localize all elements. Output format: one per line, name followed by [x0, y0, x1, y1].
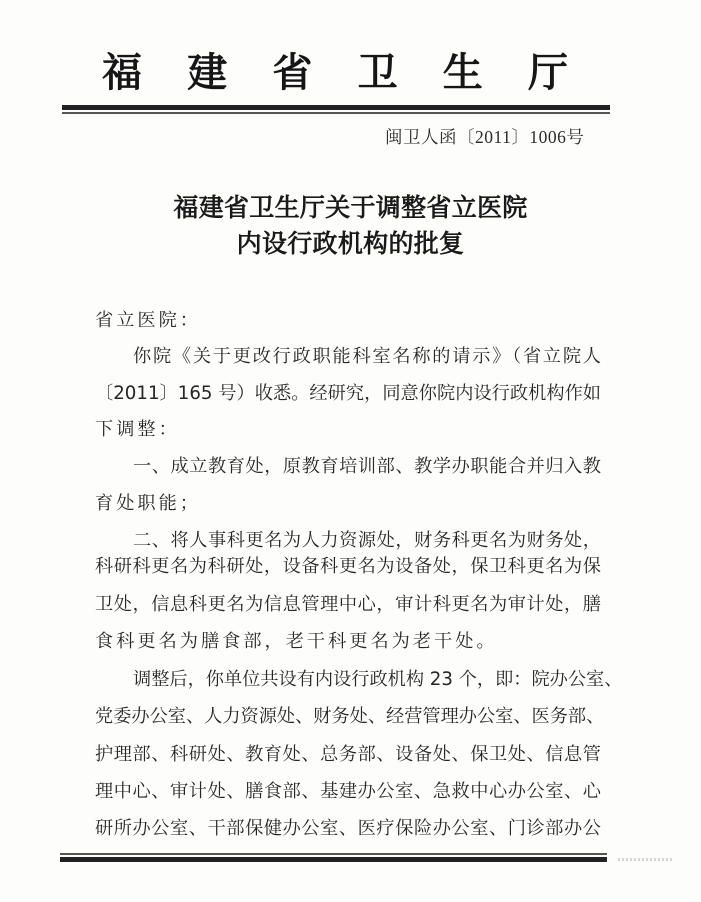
masthead-char: 省	[270, 46, 314, 100]
body-line: 理中心、审计处、膳食部、基建办公室、急救中心办公室、心	[95, 777, 601, 807]
body-line: 下调整：	[95, 415, 601, 445]
header-rule-thick	[62, 105, 610, 110]
body-line: 调整后，你单位共设有内设行政机构 23 个，即：院办公室、	[133, 665, 601, 695]
body-line: 育处职能；	[95, 489, 601, 519]
body-line: 卫处，信息科更名为信息管理中心，审计科更名为审计处，膳	[95, 590, 601, 620]
body-line: 你院《关于更改行政职能科室名称的请示》（省立院人	[133, 342, 601, 372]
body-line: 党委办公室、人力资源处、财务处、经营管理办公室、医务部、	[95, 702, 601, 732]
masthead-char: 生	[441, 46, 485, 100]
header-rule-thin	[62, 112, 610, 114]
masthead-char: 福	[100, 46, 144, 100]
document-number: 闽卫人函〔2011〕1006号	[385, 124, 597, 150]
document-title-line-1: 福建省卫生厅关于调整省立医院	[0, 191, 701, 225]
scan-artifact	[618, 858, 673, 861]
body-line: 研所办公室、干部保健办公室、医疗保险办公室、门诊部办公	[95, 814, 601, 844]
salutation: 省立医院：	[95, 306, 601, 336]
masthead-char: 厅	[526, 46, 570, 100]
body-line: 一、成立教育处，原教育培训部、教学办职能合并归入教	[133, 452, 601, 482]
footer-rule-thick	[60, 857, 607, 862]
document-title-line-2: 内设行政机构的批复	[0, 227, 701, 261]
masthead: 福 建 省 卫 生 厅	[100, 46, 570, 100]
masthead-char: 建	[185, 46, 229, 100]
footer-rule-thin	[60, 853, 607, 855]
body-line: 科研科更名为科研处，设备科更名为设备处，保卫科更名为保	[95, 552, 601, 582]
body-line: 〔2011〕165 号）收悉。经研究，同意你院内设行政机构作如	[95, 379, 601, 409]
masthead-char: 卫	[356, 46, 400, 100]
body-line: 护理部、科研处、教育处、总务部、设备处、保卫处、信息管	[95, 740, 601, 770]
body-line: 食科更名为膳食部，老干科更名为老干处。	[95, 627, 601, 657]
